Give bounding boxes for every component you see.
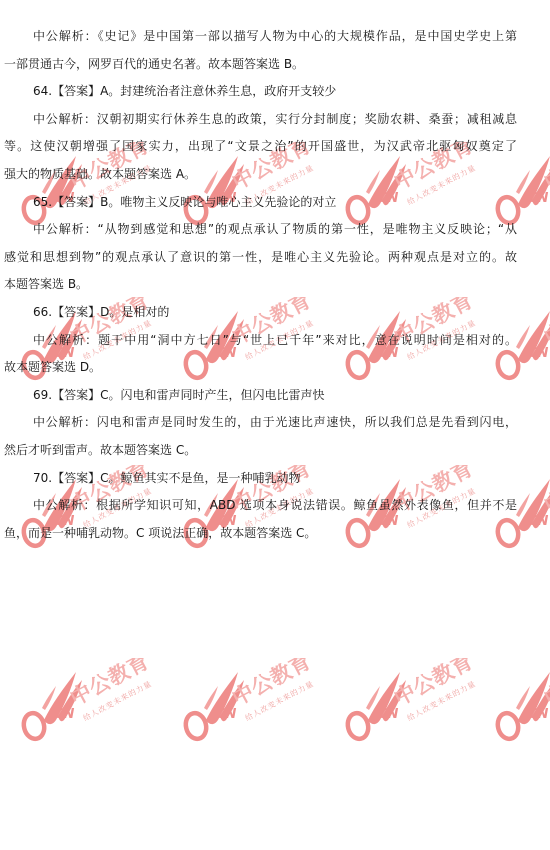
document-text-block: 中公解析：《史记》是中国第一部以描写人物为中心的大规模作品，是中国史学史上第一部… — [4, 23, 517, 547]
offcn-watermark: CN 中公教育 给人改变未来的力量 — [342, 658, 492, 753]
offcn-watermark: CN 中公教育 给人改变未来的力量 — [18, 658, 168, 753]
offcn-script-off-icon — [345, 672, 406, 741]
document-line: 中公解析：题干中用“洞中方七日”与“世上已千年”来对比，意在说明时间是相对的。 — [4, 327, 517, 355]
document-line: 中公解析：闪电和雷声是同时发生的，由于光速比声速快，所以我们总是先看到闪电， — [4, 409, 517, 437]
document-line: 然后才听到雷声。故本题答案选 C。 — [4, 437, 517, 465]
document-line: 65.【答案】B。唯物主义反映论与唯心主义先验论的对立 — [4, 189, 517, 217]
offcn-logo-icon: CN 中公教育 给人改变未来的力量 — [18, 658, 168, 753]
document-line: 64.【答案】A。封建统治者注意休养生息，政府开支较少 — [4, 78, 517, 106]
offcn-brand-name-text: 中公教育 — [540, 142, 550, 194]
offcn-cn-text: CN — [378, 707, 399, 722]
document-line: 等。这使汉朝增强了国家实力，出现了“文景之治”的开国盛世，为汉武帝北驱匈奴奠定了 — [4, 133, 517, 161]
offcn-slogan-text: 给人改变未来的力量 — [81, 678, 153, 723]
offcn-brand-name-text: 中公教育 — [66, 658, 153, 710]
offcn-logo-icon: CN 中公教育 给人改变未来的力量 — [342, 658, 492, 753]
offcn-cn-text: CN — [528, 514, 549, 529]
offcn-watermark: CN 中公教育 给人改变未来的力量 — [492, 658, 550, 753]
document-line: 鱼，而是一种哺乳动物。C 项说法正确，故本题答案选 C。 — [4, 520, 517, 548]
document-page: { "page": { "background_color": "#ffffff… — [0, 0, 550, 850]
offcn-brand-name-text: 中公教育 — [540, 297, 550, 349]
offcn-cn-text: CN — [528, 707, 549, 722]
document-line: 强大的物质基础。故本题答案选 A。 — [4, 161, 517, 189]
document-line: 故本题答案选 D。 — [4, 354, 517, 382]
offcn-brand-name-text: 中公教育 — [540, 465, 550, 517]
document-line: 感觉和思想到物”的观点承认了意识的第一性，是唯心主义先验论。两种观点是对立的。故 — [4, 244, 517, 272]
document-line: 一部贯通古今，网罗百代的通史名著。故本题答案选 B。 — [4, 51, 517, 79]
document-line: 中公解析：《史记》是中国第一部以描写人物为中心的大规模作品，是中国史学史上第 — [4, 23, 517, 51]
document-line: 中公解析：“从物到感觉和思想”的观点承认了物质的第一性，是唯物主义反映论；“从 — [4, 216, 517, 244]
offcn-logo-icon: CN 中公教育 给人改变未来的力量 — [180, 658, 330, 753]
offcn-watermark: CN 中公教育 给人改变未来的力量 — [180, 658, 330, 753]
offcn-cn-text: CN — [54, 707, 75, 722]
offcn-logo-icon: CN 中公教育 给人改变未来的力量 — [492, 658, 550, 753]
offcn-script-off-icon — [21, 672, 82, 741]
document-line: 66.【答案】D。是相对的 — [4, 299, 517, 327]
offcn-brand-name-text: 中公教育 — [228, 658, 315, 710]
document-line: 本题答案选 B。 — [4, 271, 517, 299]
offcn-script-off-icon — [495, 672, 550, 741]
offcn-slogan-text: 给人改变未来的力量 — [405, 678, 477, 723]
document-line: 70.【答案】C。鲸鱼其实不是鱼，是一种哺乳动物 — [4, 465, 517, 493]
document-line: 中公解析：根据所学知识可知，ABD 选项本身说法错误。鲸鱼虽然外表像鱼，但并不是 — [4, 492, 517, 520]
offcn-brand-name-text: 中公教育 — [540, 658, 550, 710]
answer-sheet-page: CN 中公教育 给人改变未来的力量 CN 中公教育 给人改变未来的力量 — [0, 0, 550, 850]
offcn-brand-name-text: 中公教育 — [390, 658, 477, 710]
document-line: 69.【答案】C。闪电和雷声同时产生，但闪电比雷声快 — [4, 382, 517, 410]
offcn-script-off-icon — [183, 672, 244, 741]
offcn-slogan-text: 给人改变未来的力量 — [243, 678, 315, 723]
offcn-cn-text: CN — [216, 707, 237, 722]
offcn-cn-text: CN — [528, 191, 549, 206]
offcn-cn-text: CN — [528, 346, 549, 361]
document-line: 中公解析：汉朝初期实行休养生息的政策，实行分封制度；奖励农耕、桑蚕；减租减息 — [4, 106, 517, 134]
